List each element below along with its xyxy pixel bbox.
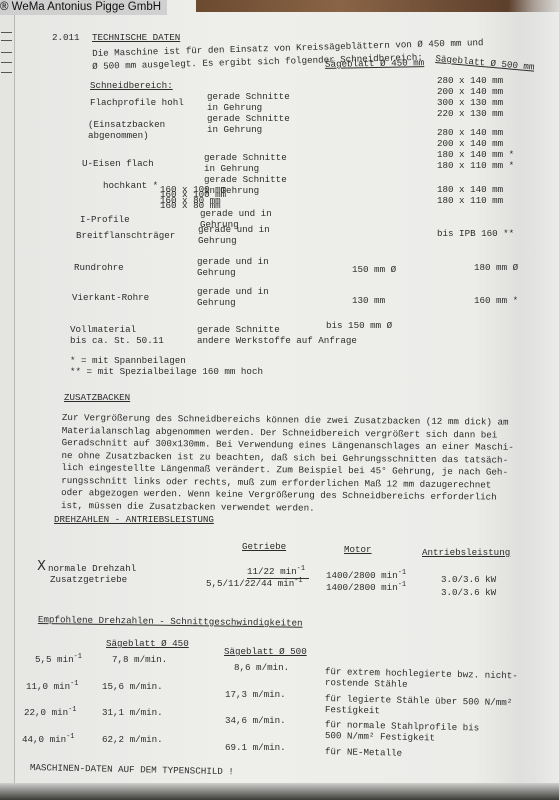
zusatzbacken-paragraph: Zur Vergrößerung des Schneidbereichs kön… bbox=[61, 412, 532, 517]
usage-line-1: für NE-Metalle bbox=[325, 746, 402, 759]
solid-value: bis 150 mm Ø bbox=[326, 320, 392, 331]
col-header-450: Sägeblatt Ø 450 mm bbox=[325, 57, 424, 70]
col-empf-500: Sägeblatt Ø 500 bbox=[224, 646, 307, 657]
row-value-450: 160 x 100 mm bbox=[160, 189, 226, 200]
leistung-zusatz: 3.0/3.6 kW bbox=[441, 587, 496, 598]
speed-500: 69.1 m/min. bbox=[225, 742, 286, 753]
row-value-500: 300 x 130 mm bbox=[437, 97, 503, 108]
rpm-value: 11,0 min-1 bbox=[26, 681, 79, 692]
empfohlen-heading: Empfohlene Drehzahlen - Schnittgeschwind… bbox=[38, 614, 303, 629]
speed-500: 8,6 m/min. bbox=[234, 662, 289, 673]
row-value-450: 130 mm bbox=[352, 295, 385, 306]
row-value-500: 160 mm * bbox=[474, 295, 518, 306]
col-empf-450: Sägeblatt Ø 450 bbox=[106, 638, 189, 649]
watermark: ® WeMa Antonius Pigge GmbH bbox=[0, 0, 167, 15]
col-antriebsleistung: Antriebsleistung bbox=[422, 547, 510, 558]
row-value-500: 180 x 110 mm * bbox=[437, 160, 514, 171]
motor-zusatz: 1400/2800 min-1 bbox=[326, 582, 406, 593]
drehzahl-label-zusatz: Zusatzgetriebe bbox=[50, 574, 127, 585]
row-material: Vierkant-Rohre bbox=[72, 292, 149, 303]
row-value-500: 200 x 140 mm bbox=[437, 86, 503, 97]
section-number: 2.011 bbox=[52, 32, 80, 43]
drehzahlen-heading: DREHZAHLEN - ANTRIEBSLEISTUNG bbox=[54, 514, 214, 525]
row-material: Breitflanschträger bbox=[76, 230, 175, 241]
rpm-value: 44,0 min-1 bbox=[22, 734, 75, 745]
row-cut-type: gerade Schnitte bbox=[207, 113, 290, 124]
row-cut-type: gerade und in bbox=[198, 224, 270, 235]
row-value-500: 180 mm Ø bbox=[474, 262, 518, 273]
footnote-1: * = mit Spannbeilagen bbox=[70, 355, 186, 366]
row-value-500: 200 x 140 mm bbox=[437, 138, 503, 149]
row-cut-type: gerade Schnitte bbox=[207, 91, 290, 102]
motor-normal: 1400/2800 min-1 bbox=[326, 570, 406, 581]
check-x-mark: X bbox=[37, 560, 46, 573]
speed-450: 31,1 m/min. bbox=[102, 707, 163, 718]
speed-500: 34,6 m/min. bbox=[225, 715, 286, 726]
col-getriebe: Getriebe bbox=[242, 541, 286, 552]
row-material: Rundrohre bbox=[74, 262, 124, 273]
row-cut-type: in Gehrung bbox=[204, 163, 259, 174]
getriebe-zusatz: 5,5/11/22/44 min-1 bbox=[206, 578, 303, 589]
row-value-500: 180 x 140 mm * bbox=[437, 149, 514, 160]
speed-500: 17,3 m/min. bbox=[225, 689, 286, 700]
speed-450: 62,2 m/min. bbox=[102, 734, 163, 745]
document-page: 2.011 TECHNISCHE DATEN Die Maschine ist … bbox=[0, 0, 559, 800]
row-value-500: 280 x 140 mm bbox=[437, 75, 503, 86]
row-cut-type: Gehrung bbox=[197, 297, 236, 308]
usage-line-2: rostende Stähle bbox=[325, 677, 408, 690]
row-value-450: 150 mm Ø bbox=[352, 264, 396, 275]
row-cut-type: gerade und in bbox=[197, 286, 269, 297]
getriebe-normal: 11/22 min-1 bbox=[247, 566, 305, 577]
cutting-range-heading: Schneidbereich: bbox=[90, 80, 173, 91]
row-material: I-Profile bbox=[80, 214, 130, 225]
typenschild-note: MASCHINEN-DATEN AUF DEM TYPENSCHILD ! bbox=[30, 762, 234, 777]
speed-450: 7,8 m/min. bbox=[112, 654, 167, 665]
solid-material-1: Vollmaterial bbox=[70, 324, 136, 335]
row-value-500: 280 x 140 mm bbox=[437, 127, 503, 138]
row-material: Flachprofile hohl bbox=[90, 97, 184, 108]
row-value-500: 180 x 140 mm bbox=[437, 184, 503, 195]
row-cut-type: gerade Schnitte bbox=[204, 152, 287, 163]
background-photo-edge bbox=[196, 0, 559, 12]
usage-line-2: 500 N/mm² Festigkeit bbox=[325, 730, 436, 743]
photo-bottom-edge bbox=[0, 783, 559, 800]
row-value-500: 220 x 130 mm bbox=[437, 108, 503, 119]
row-material: abgenommen) bbox=[88, 130, 149, 141]
row-material: hochkant * bbox=[103, 180, 158, 191]
row-value-450: 160 x 80 mm bbox=[160, 200, 221, 211]
rpm-value: 5,5 min-1 bbox=[35, 654, 82, 665]
zusatzbacken-heading: ZUSATZBACKEN bbox=[64, 392, 130, 403]
row-value-500: 180 x 110 mm bbox=[437, 195, 503, 206]
section-title: TECHNISCHE DATEN bbox=[92, 32, 180, 43]
row-cut-type: Gehrung bbox=[198, 235, 237, 246]
row-cut-type: gerade und in bbox=[197, 256, 269, 267]
drehzahl-label-normal: normale Drehzahl bbox=[48, 563, 136, 574]
col-motor: Motor bbox=[344, 544, 372, 555]
solid-cut-2: andere Werkstoffe auf Anfrage bbox=[197, 335, 357, 346]
solid-cut-1: gerade Schnitte bbox=[197, 324, 280, 335]
speed-450: 15,6 m/min. bbox=[102, 681, 163, 692]
left-page-edge bbox=[0, 14, 15, 800]
solid-material-2: bis ca. St. 50.11 bbox=[70, 335, 164, 346]
row-cut-type: in Gehrung bbox=[207, 102, 262, 113]
row-cut-type: Gehrung bbox=[197, 267, 236, 278]
usage-line-2: Festigkeit bbox=[325, 704, 380, 716]
row-cut-type: in Gehrung bbox=[207, 124, 262, 135]
rpm-value: 22,0 min-1 bbox=[24, 707, 77, 718]
row-value-500: bis IPB 160 ** bbox=[437, 228, 514, 239]
leistung-normal: 3.0/3.6 kW bbox=[441, 574, 496, 585]
row-material: U-Eisen flach bbox=[82, 158, 154, 169]
row-material: (Einsatzbacken bbox=[88, 119, 165, 130]
footnote-2: ** = mit Spezialbeilage 160 mm hoch bbox=[70, 366, 263, 377]
